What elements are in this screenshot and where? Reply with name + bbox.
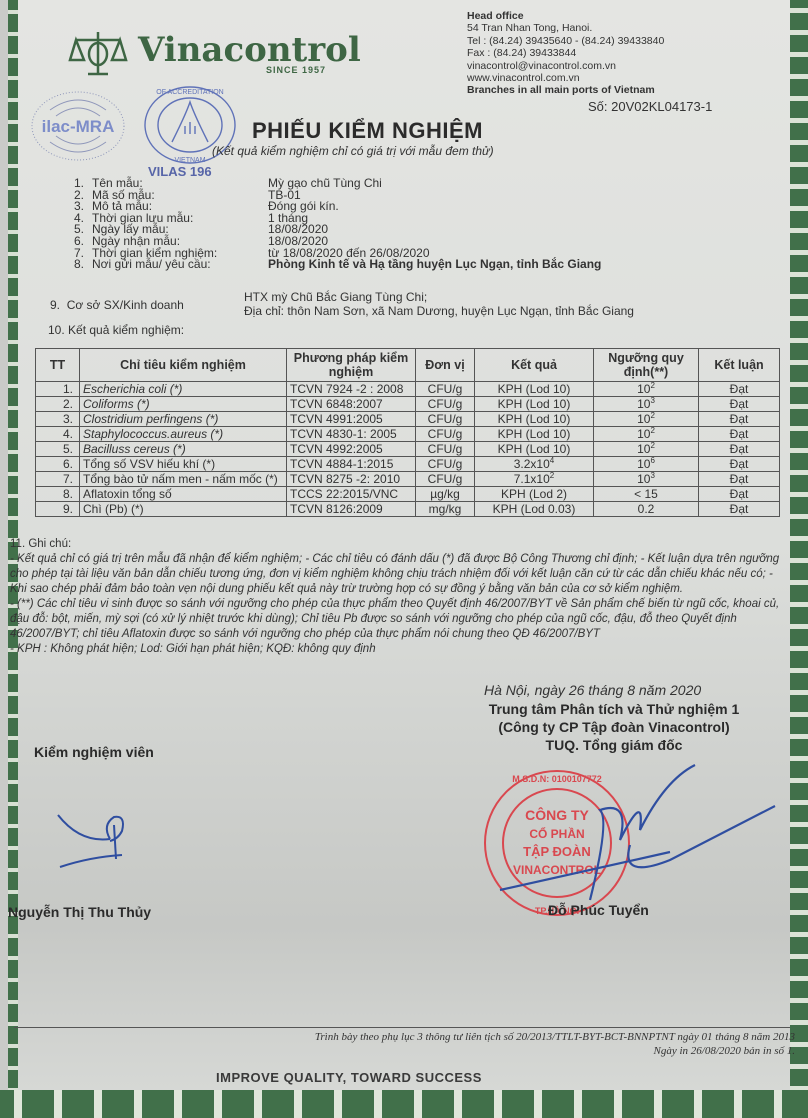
head-office-fax: Fax : (84.24) 39433844 bbox=[467, 47, 664, 59]
org-line-3: TUQ. Tổng giám đốc bbox=[440, 736, 788, 754]
cell-method: TCVN 7924 -2 : 2008 bbox=[287, 382, 416, 397]
decorative-border-bottom bbox=[0, 1090, 808, 1118]
cell-result: 7.1x102 bbox=[475, 472, 594, 487]
head-office-branches: Branches in all main ports of Vietnam bbox=[467, 84, 664, 96]
cell-unit: CFU/g bbox=[416, 442, 475, 457]
cell-result: KPH (Lod 10) bbox=[475, 442, 594, 457]
cell-item: Coliforms (*) bbox=[80, 397, 287, 412]
cell-conclusion: Đạt bbox=[699, 442, 780, 457]
cell-unit: CFU/g bbox=[416, 412, 475, 427]
inspector-title: Kiểm nghiệm viên bbox=[34, 744, 154, 760]
info-label: Nơi gửi mẫu/ yêu cầu: bbox=[92, 259, 268, 271]
document-subtitle: (Kết quả kiểm nghiệm chỉ có giá trị với … bbox=[212, 144, 494, 158]
brand-name: Vinacontrol bbox=[138, 30, 361, 70]
cell-conclusion: Đạt bbox=[699, 412, 780, 427]
notes-section: 11. Ghi chú: - Kết quả chỉ có giá trị tr… bbox=[10, 537, 780, 657]
cell-conclusion: Đạt bbox=[699, 487, 780, 502]
footer-line-1: Trình bày theo phụ lục 3 thông tư liên t… bbox=[150, 1030, 795, 1044]
cell-tt: 2. bbox=[36, 397, 80, 412]
table-row: 6.Tổng số VSV hiếu khí (*)TCVN 4884-1:20… bbox=[36, 457, 780, 472]
place-date: Hà Nội, ngày 26 tháng 8 năm 2020 bbox=[484, 682, 701, 698]
cell-unit: CFU/g bbox=[416, 382, 475, 397]
cell-limit: 102 bbox=[594, 427, 699, 442]
cell-conclusion: Đạt bbox=[699, 502, 780, 517]
notes-title: 11. Ghi chú: bbox=[10, 537, 780, 552]
cell-tt: 5. bbox=[36, 442, 80, 457]
info-value: Phòng Kinh tế và Hạ tầng huyện Lục Ngạn,… bbox=[268, 259, 601, 271]
cell-item: Staphylococcus.aureus (*) bbox=[80, 427, 287, 442]
cell-method: TCVN 6848:2007 bbox=[287, 397, 416, 412]
cell-tt: 7. bbox=[36, 472, 80, 487]
column-header: Chỉ tiêu kiểm nghiệm bbox=[80, 349, 287, 382]
cell-method: TCVN 8126:2009 bbox=[287, 502, 416, 517]
org-line-2: (Công ty CP Tập đoàn Vinacontrol) bbox=[440, 718, 788, 736]
cell-tt: 1. bbox=[36, 382, 80, 397]
cell-tt: 3. bbox=[36, 412, 80, 427]
cell-item: Clostridium perfingens (*) bbox=[80, 412, 287, 427]
document-title: PHIẾU KIỂM NGHIỆM bbox=[252, 118, 483, 144]
cell-method: TCVN 4991:2005 bbox=[287, 412, 416, 427]
column-header: TT bbox=[36, 349, 80, 382]
scale-logo-icon bbox=[68, 30, 128, 76]
cell-method: TCVN 4992:2005 bbox=[287, 442, 416, 457]
head-office-block: Head office 54 Tran Nhan Tong, Hanoi. Te… bbox=[467, 10, 664, 97]
ilac-mra-logo-icon: ilac-MRA bbox=[30, 90, 126, 162]
note-3: - KPH : Không phát hiện; Lod: Giới hạn p… bbox=[10, 642, 780, 657]
cell-limit: 102 bbox=[594, 442, 699, 457]
cell-limit: 103 bbox=[594, 397, 699, 412]
table-row: 8.Aflatoxin tổng sốTCCS 22:2015/VNCµg/kg… bbox=[36, 487, 780, 502]
inspector-signature-icon bbox=[50, 805, 160, 875]
business-name: HTX mỳ Chũ Bắc Giang Tùng Chi; bbox=[244, 290, 634, 304]
cell-limit: 103 bbox=[594, 472, 699, 487]
info-number: 8. bbox=[60, 259, 84, 271]
company-slogan: IMPROVE QUALITY, TOWARD SUCCESS bbox=[216, 1070, 482, 1085]
issuing-organization: Trung tâm Phân tích và Thử nghiệm 1 (Côn… bbox=[440, 700, 788, 754]
cell-unit: CFU/g bbox=[416, 397, 475, 412]
cell-result: KPH (Lod 2) bbox=[475, 487, 594, 502]
table-row: 5.Bacilluss cereus (*)TCVN 4992:2005CFU/… bbox=[36, 442, 780, 457]
cell-item: Tổng bào tử nấm men - nấm mốc (*) bbox=[80, 472, 287, 487]
cell-item: Escherichia coli (*) bbox=[80, 382, 287, 397]
cell-method: TCVN 4830-1: 2005 bbox=[287, 427, 416, 442]
cell-item: Bacilluss cereus (*) bbox=[80, 442, 287, 457]
cell-tt: 9. bbox=[36, 502, 80, 517]
cell-result: KPH (Lod 10) bbox=[475, 382, 594, 397]
cell-item: Aflatoxin tổng số bbox=[80, 487, 287, 502]
cell-item: Tổng số VSV hiếu khí (*) bbox=[80, 457, 287, 472]
cell-tt: 8. bbox=[36, 487, 80, 502]
cell-tt: 4. bbox=[36, 427, 80, 442]
column-header: Ngưỡng quy định(**) bbox=[594, 349, 699, 382]
table-row: 1.Escherichia coli (*)TCVN 7924 -2 : 200… bbox=[36, 382, 780, 397]
head-office-title: Head office bbox=[467, 10, 664, 22]
svg-text:ilac-MRA: ilac-MRA bbox=[42, 117, 115, 136]
cell-conclusion: Đạt bbox=[699, 382, 780, 397]
footer-reference: Trình bày theo phụ lục 3 thông tư liên t… bbox=[150, 1030, 795, 1058]
cell-item: Chì (Pb) (*) bbox=[80, 502, 287, 517]
cell-result: 3.2x104 bbox=[475, 457, 594, 472]
table-row: 7.Tổng bào tử nấm men - nấm mốc (*)TCVN … bbox=[36, 472, 780, 487]
column-header: Kết luận bbox=[699, 349, 780, 382]
document-number: Số: 20V02KL04173-1 bbox=[588, 99, 712, 114]
head-office-tel: Tel : (84.24) 39435640 - (84.24) 3943384… bbox=[467, 35, 664, 47]
cell-method: TCVN 4884-1:2015 bbox=[287, 457, 416, 472]
footer-line-2: Ngày in 26/08/2020 bản in số 1. bbox=[150, 1044, 795, 1058]
cell-conclusion: Đạt bbox=[699, 472, 780, 487]
cell-method: TCCS 22:2015/VNC bbox=[287, 487, 416, 502]
note-1: - Kết quả chỉ có giá trị trên mẫu đã nhậ… bbox=[10, 552, 780, 597]
business-value: HTX mỳ Chũ Bắc Giang Tùng Chi; Địa chỉ: … bbox=[244, 290, 634, 318]
results-label: 10. Kết quả kiểm nghiệm: bbox=[48, 323, 184, 337]
cell-limit: < 15 bbox=[594, 487, 699, 502]
cell-method: TCVN 8275 -2: 2010 bbox=[287, 472, 416, 487]
business-address: Địa chỉ: thôn Nam Sơn, xã Nam Dương, huy… bbox=[244, 304, 634, 318]
decorative-border-right bbox=[790, 0, 808, 1090]
vilas-code: VILAS 196 bbox=[148, 164, 212, 179]
cell-result: KPH (Lod 10) bbox=[475, 412, 594, 427]
director-signature-icon bbox=[470, 760, 790, 910]
cell-result: KPH (Lod 10) bbox=[475, 397, 594, 412]
cell-unit: CFU/g bbox=[416, 457, 475, 472]
cell-unit: CFU/g bbox=[416, 472, 475, 487]
head-office-website: www.vinacontrol.com.vn bbox=[467, 72, 664, 84]
table-header-row: TTChỉ tiêu kiểm nghiệmPhương pháp kiểm n… bbox=[36, 349, 780, 382]
brand-since: SINCE 1957 bbox=[266, 65, 326, 75]
column-header: Kết quả bbox=[475, 349, 594, 382]
note-2: - (**) Các chỉ tiêu vi sinh được so sánh… bbox=[10, 597, 780, 642]
cell-limit: 102 bbox=[594, 412, 699, 427]
table-row: 4.Staphylococcus.aureus (*)TCVN 4830-1: … bbox=[36, 427, 780, 442]
table-row: 3.Clostridium perfingens (*)TCVN 4991:20… bbox=[36, 412, 780, 427]
cell-unit: µg/kg bbox=[416, 487, 475, 502]
svg-text:OF ACCREDITATION: OF ACCREDITATION bbox=[156, 89, 223, 96]
table-row: 9.Chì (Pb) (*)TCVN 8126:2009mg/kgKPH (Lo… bbox=[36, 502, 780, 517]
head-office-email: vinacontrol@vinacontrol.com.vn bbox=[467, 60, 664, 72]
cell-limit: 106 bbox=[594, 457, 699, 472]
org-line-1: Trung tâm Phân tích và Thử nghiệm 1 bbox=[440, 700, 788, 718]
cell-unit: CFU/g bbox=[416, 427, 475, 442]
cell-limit: 0.2 bbox=[594, 502, 699, 517]
sample-info: 1.Tên mẫu:Mỳ gạo chũ Tùng Chi2.Mã số mẫu… bbox=[60, 178, 601, 271]
cell-conclusion: Đạt bbox=[699, 397, 780, 412]
director-name: Đỗ Phúc Tuyển bbox=[548, 902, 649, 918]
cell-result: KPH (Lod 10) bbox=[475, 427, 594, 442]
info-row: 8.Nơi gửi mẫu/ yêu cầu:Phòng Kinh tế và … bbox=[60, 259, 601, 271]
cell-tt: 6. bbox=[36, 457, 80, 472]
svg-text:VIETNAM: VIETNAM bbox=[174, 157, 205, 164]
table-row: 2.Coliforms (*)TCVN 6848:2007CFU/gKPH (L… bbox=[36, 397, 780, 412]
column-header: Phương pháp kiểm nghiệm bbox=[287, 349, 416, 382]
business-label: 9. Cơ sở SX/Kinh doanh bbox=[50, 298, 184, 312]
cell-conclusion: Đạt bbox=[699, 457, 780, 472]
cell-conclusion: Đạt bbox=[699, 427, 780, 442]
column-header: Đơn vị bbox=[416, 349, 475, 382]
footer-divider bbox=[14, 1027, 790, 1028]
cell-unit: mg/kg bbox=[416, 502, 475, 517]
head-office-address: 54 Tran Nhan Tong, Hanoi. bbox=[467, 22, 664, 34]
results-table: TTChỉ tiêu kiểm nghiệmPhương pháp kiểm n… bbox=[35, 348, 780, 517]
cell-limit: 102 bbox=[594, 382, 699, 397]
cell-result: KPH (Lod 0.03) bbox=[475, 502, 594, 517]
inspector-name: Nguyễn Thị Thu Thủy bbox=[8, 904, 151, 920]
